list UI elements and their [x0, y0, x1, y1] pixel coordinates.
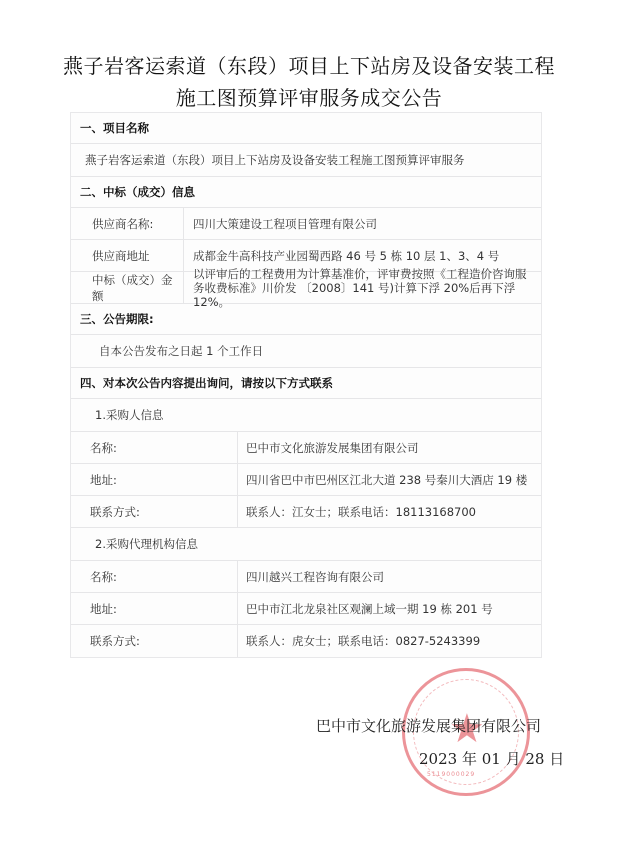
- row-value: 联系人：虎女士；联系电话：0827-5243399: [238, 625, 541, 657]
- row-label: 地址:: [71, 464, 238, 495]
- section-heading-project-name: 一、项目名称: [71, 113, 541, 144]
- notice-title-line2: 施工图预算评审服务成交公告: [0, 82, 618, 111]
- seal-code: 5119000029: [427, 771, 475, 778]
- row-value: 以评审后的工程费用为计算基准价，评审费按照《工程造价咨询服务收费标准》川价发 〔…: [184, 272, 541, 303]
- row-value: 联系人：江女士；联系电话：18113168700: [238, 496, 541, 527]
- agency-row-name: 名称: 四川越兴工程咨询有限公司: [71, 561, 541, 593]
- row-label: 联系方式:: [71, 496, 238, 527]
- section-heading-award: 二、中标（成交）信息: [71, 177, 541, 208]
- row-value: 四川越兴工程咨询有限公司: [238, 561, 541, 592]
- purchaser-row-name: 名称: 巴中市文化旅游发展集团有限公司: [71, 432, 541, 464]
- purchaser-row-contact: 联系方式: 联系人：江女士；联系电话：18113168700: [71, 496, 541, 528]
- agency-subheading: 2.采购代理机构信息: [71, 528, 541, 561]
- row-label: 供应商地址: [71, 240, 184, 271]
- row-label: 名称:: [71, 561, 238, 592]
- row-value: 巴中市江北龙泉社区观澜上域一期 19 栋 201 号: [238, 593, 541, 624]
- notice-title-line1: 燕子岩客运索道（东段）项目上下站房及设备安装工程: [0, 50, 618, 79]
- row-label: 地址:: [71, 593, 238, 624]
- award-row-amount: 中标（成交）金额 以评审后的工程费用为计算基准价，评审费按照《工程造价咨询服务收…: [71, 272, 541, 304]
- row-label: 名称:: [71, 432, 238, 463]
- agency-row-address: 地址: 巴中市江北龙泉社区观澜上域一期 19 栋 201 号: [71, 593, 541, 625]
- signature-date: 2023 年 01 月 28 日: [419, 748, 564, 769]
- award-row-supplier-name: 供应商名称: 四川大策建设工程项目管理有限公司: [71, 208, 541, 240]
- row-value: 巴中市文化旅游发展集团有限公司: [238, 432, 541, 463]
- period-value: 自本公告发布之日起 1 个工作日: [71, 335, 541, 368]
- section-heading-period: 三、公告期限:: [71, 304, 541, 335]
- agency-row-contact: 联系方式: 联系人：虎女士；联系电话：0827-5243399: [71, 625, 541, 657]
- section-heading-contact: 四、对本次公告内容提出询问，请按以下方式联系: [71, 368, 541, 399]
- row-label: 中标（成交）金额: [71, 272, 184, 303]
- row-label: 供应商名称:: [71, 208, 184, 239]
- notice-table: 一、项目名称 燕子岩客运索道（东段）项目上下站房及设备安装工程施工图预算评审服务…: [70, 112, 542, 658]
- purchaser-subheading: 1.采购人信息: [71, 399, 541, 432]
- project-name-value: 燕子岩客运索道（东段）项目上下站房及设备安装工程施工图预算评审服务: [71, 144, 541, 177]
- row-value: 四川大策建设工程项目管理有限公司: [184, 208, 541, 239]
- row-value: 四川省巴中市巴州区江北大道 238 号秦川大酒店 19 楼: [238, 464, 541, 495]
- purchaser-row-address: 地址: 四川省巴中市巴州区江北大道 238 号秦川大酒店 19 楼: [71, 464, 541, 496]
- signature-org: 巴中市文化旅游发展集团有限公司: [316, 715, 541, 736]
- row-label: 联系方式:: [71, 625, 238, 657]
